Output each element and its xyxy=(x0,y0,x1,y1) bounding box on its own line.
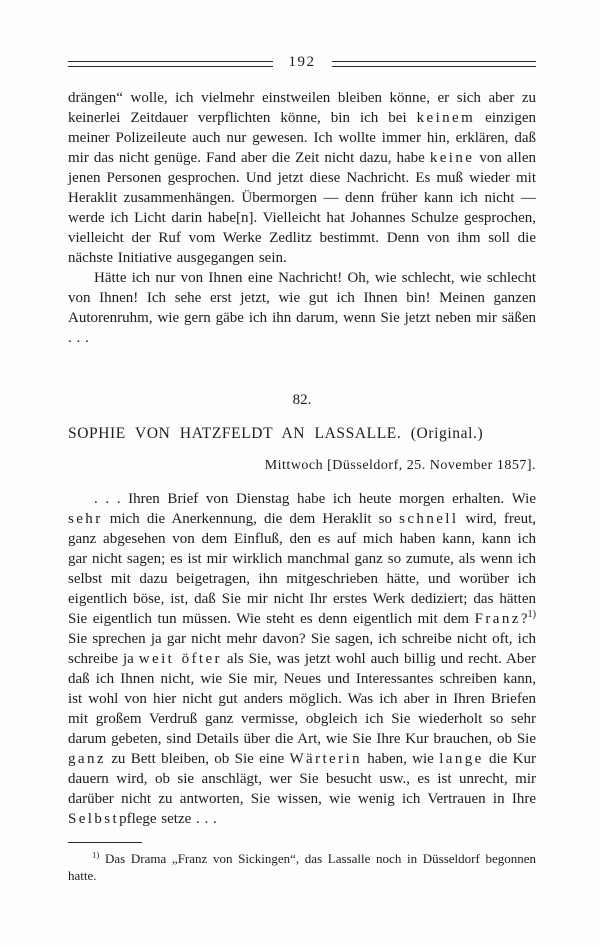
page-number: 192 xyxy=(273,55,332,70)
section-number: 82. xyxy=(68,392,536,409)
paragraph-continuation: drängen“ wolle, ich vielmehr einstweilen… xyxy=(68,88,536,268)
page-header: 192 xyxy=(68,56,536,71)
letter-dateline: Mittwoch [Düsseldorf, 25. November 1857]… xyxy=(68,458,536,474)
header-rule-right xyxy=(332,61,537,67)
letter-body: . . . Ihren Brief von Dienstag habe ich … xyxy=(68,489,536,829)
book-page: 192 drängen“ wolle, ich vielmehr einstwe… xyxy=(0,0,600,945)
letter-heading: SOPHIE VON HATZFELDT AN LASSALLE. (Origi… xyxy=(68,425,536,443)
header-rule-left xyxy=(68,61,273,67)
page-body: drängen“ wolle, ich vielmehr einstweilen… xyxy=(68,88,536,884)
footnote: 1) Das Drama „Franz von Sickingen“, das … xyxy=(68,850,536,884)
footnote-rule xyxy=(68,842,142,843)
paragraph: Hätte ich nur von Ihnen eine Nachricht! … xyxy=(68,268,536,348)
